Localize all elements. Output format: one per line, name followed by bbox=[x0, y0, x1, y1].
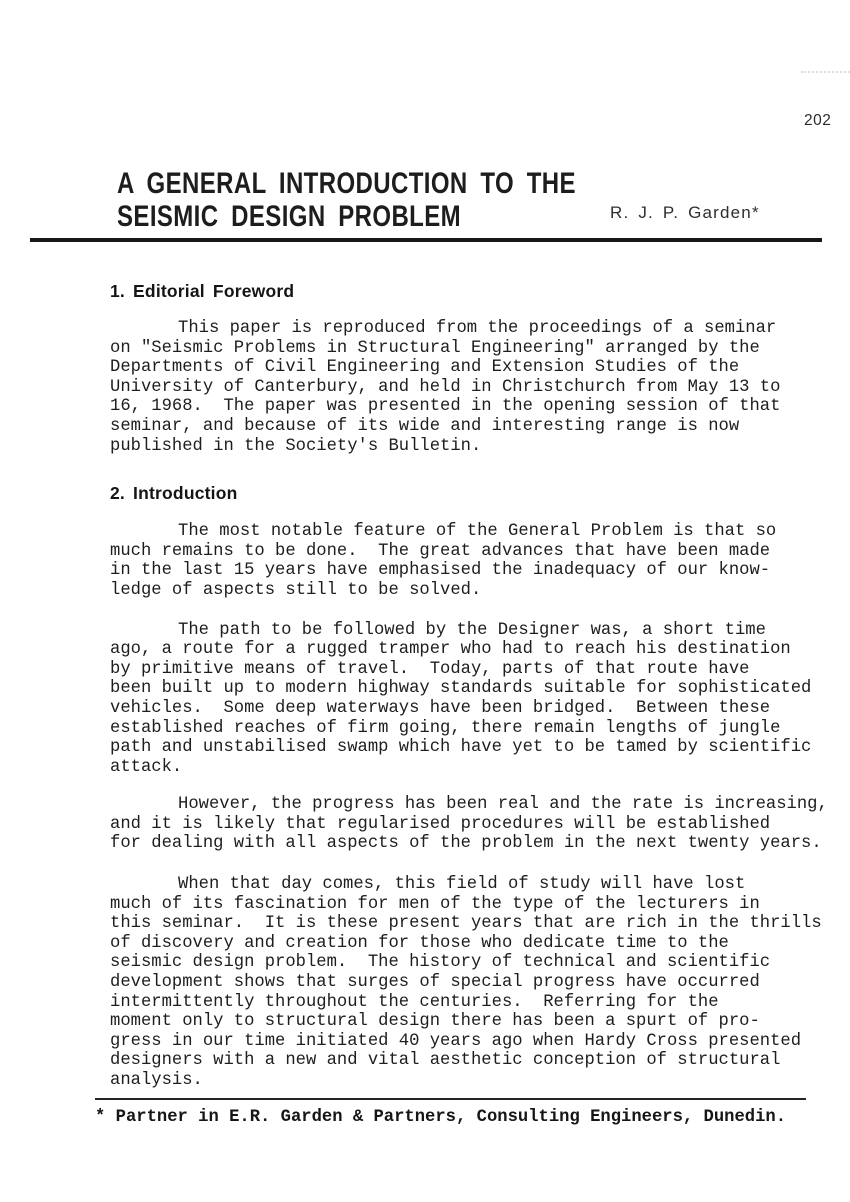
section-heading-editorial-foreword: 1. Editorial Foreword bbox=[110, 281, 842, 302]
scan-artifact-line bbox=[801, 71, 850, 73]
paragraph-introduction-3: However, the progress has been real and … bbox=[110, 795, 842, 854]
title-line-1: A GENERAL INTRODUCTION TO THE bbox=[117, 167, 576, 200]
footnote-rule bbox=[95, 1098, 806, 1100]
document-page: 202 A GENERAL INTRODUCTION TO THE SEISMI… bbox=[0, 0, 850, 1202]
title-rule bbox=[30, 238, 822, 242]
title-line-2: SEISMIC DESIGN PROBLEM bbox=[117, 200, 576, 233]
paragraph-introduction-1: The most notable feature of the General … bbox=[110, 522, 842, 600]
page-number: 202 bbox=[804, 112, 831, 130]
document-body: 1. Editorial Foreword This paper is repr… bbox=[110, 281, 842, 1091]
paragraph-introduction-4: When that day comes, this field of study… bbox=[110, 875, 842, 1091]
footnote-block: * Partner in E.R. Garden & Partners, Con… bbox=[95, 1098, 810, 1127]
document-title: A GENERAL INTRODUCTION TO THE SEISMIC DE… bbox=[117, 167, 576, 233]
footnote-text: * Partner in E.R. Garden & Partners, Con… bbox=[95, 1108, 810, 1127]
paragraph-editorial-foreword: This paper is reproduced from the procee… bbox=[110, 319, 842, 456]
section-heading-introduction: 2. Introduction bbox=[110, 483, 842, 504]
author-name: R. J. P. Garden* bbox=[610, 203, 760, 223]
paragraph-introduction-2: The path to be followed by the Designer … bbox=[110, 621, 842, 778]
